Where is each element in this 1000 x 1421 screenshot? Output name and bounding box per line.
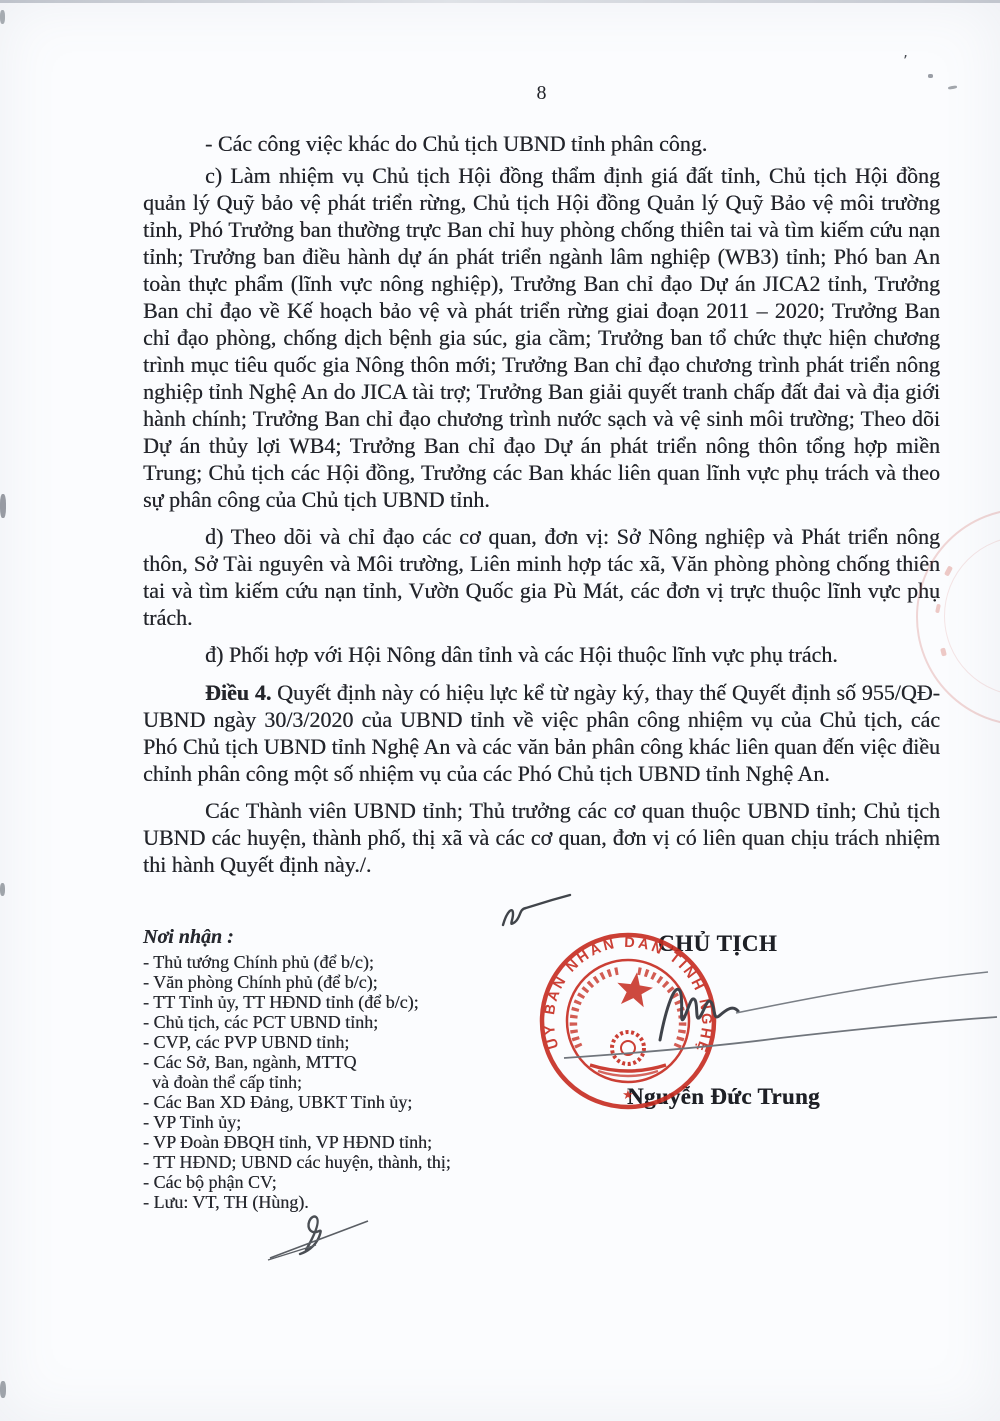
recipient-item: - Thủ tướng Chính phủ (để b/c); [143,952,523,972]
recipient-item: - VP Tỉnh ủy; [143,1112,523,1132]
star-icon: ★ [622,1087,634,1102]
scan-edge-mark [0,1381,6,1398]
page-number: 8 [143,82,940,105]
scan-edge-mark [0,10,5,24]
recipient-item: - TT Tỉnh ủy, TT HĐND tỉnh (để b/c); [143,992,523,1012]
recipient-item: - Các Sở, Ban, ngành, MTTQ [143,1052,523,1072]
recipient-item: - TT HĐND; UBND các huyện, thành, thị; [143,1152,523,1172]
scan-speck: ’ [903,52,908,70]
recipient-item: - Lưu: VT, TH (Hùng). [143,1192,523,1212]
initials-tail [270,1221,368,1258]
document-page: 8 - Các công việc khác do Chủ tịch UBND … [0,0,1000,1421]
paragraph-d: d) Theo dõi và chỉ đạo các cơ quan, đơn … [143,523,940,631]
recipients-heading: Nơi nhận : [143,926,523,948]
recipients-block: Nơi nhận : - Thủ tướng Chính phủ (để b/c… [143,926,523,1212]
signature-stroke-upper [736,972,988,1013]
paragraph-intro: - Các công việc khác do Chủ tịch UBND tỉ… [143,130,940,157]
closing-flourish [503,895,570,925]
recipient-item: - Các Ban XD Đảng, UBKT Tỉnh ủy; [143,1092,523,1112]
recipient-item-continuation: và đoàn thể cấp tỉnh; [143,1072,523,1092]
initials-underline [268,1245,316,1260]
scan-speck [928,74,933,78]
paragraph-closing: Các Thành viên UBND tỉnh; Thủ trưởng các… [143,797,940,878]
official-stamp: ỦY BAN NHÂN DÂN TỈNH NGHỆ AN ★ [537,930,719,1112]
recipient-item: - Văn phòng Chính phủ (để b/c); [143,972,523,992]
article4-label: Điều 4. [205,680,271,705]
recipient-item: - Các bộ phận CV; [143,1172,523,1192]
paragraph-dd: đ) Phối hợp với Hội Nông dân tỉnh và các… [143,641,940,668]
initials-scribble [300,1217,321,1254]
document-body: - Các công việc khác do Chủ tịch UBND tỉ… [143,130,940,878]
recipient-item: - VP Đoàn ĐBQH tỉnh, VP HĐND tỉnh; [143,1132,523,1152]
scan-edge-mark [0,883,5,896]
national-emblem [573,970,682,1076]
recipient-item: - CVP, các PVP UBND tỉnh; [143,1032,523,1052]
recipient-item: - Chủ tịch, các PCT UBND tỉnh; [143,1012,523,1032]
scan-edge-mark [0,494,6,518]
scan-speck [948,85,957,89]
paragraph-article4: Điều 4. Quyết định này có hiệu lực kể từ… [143,679,940,787]
paragraph-c: c) Làm nhiệm vụ Chủ tịch Hội đồng thẩm đ… [143,162,940,513]
